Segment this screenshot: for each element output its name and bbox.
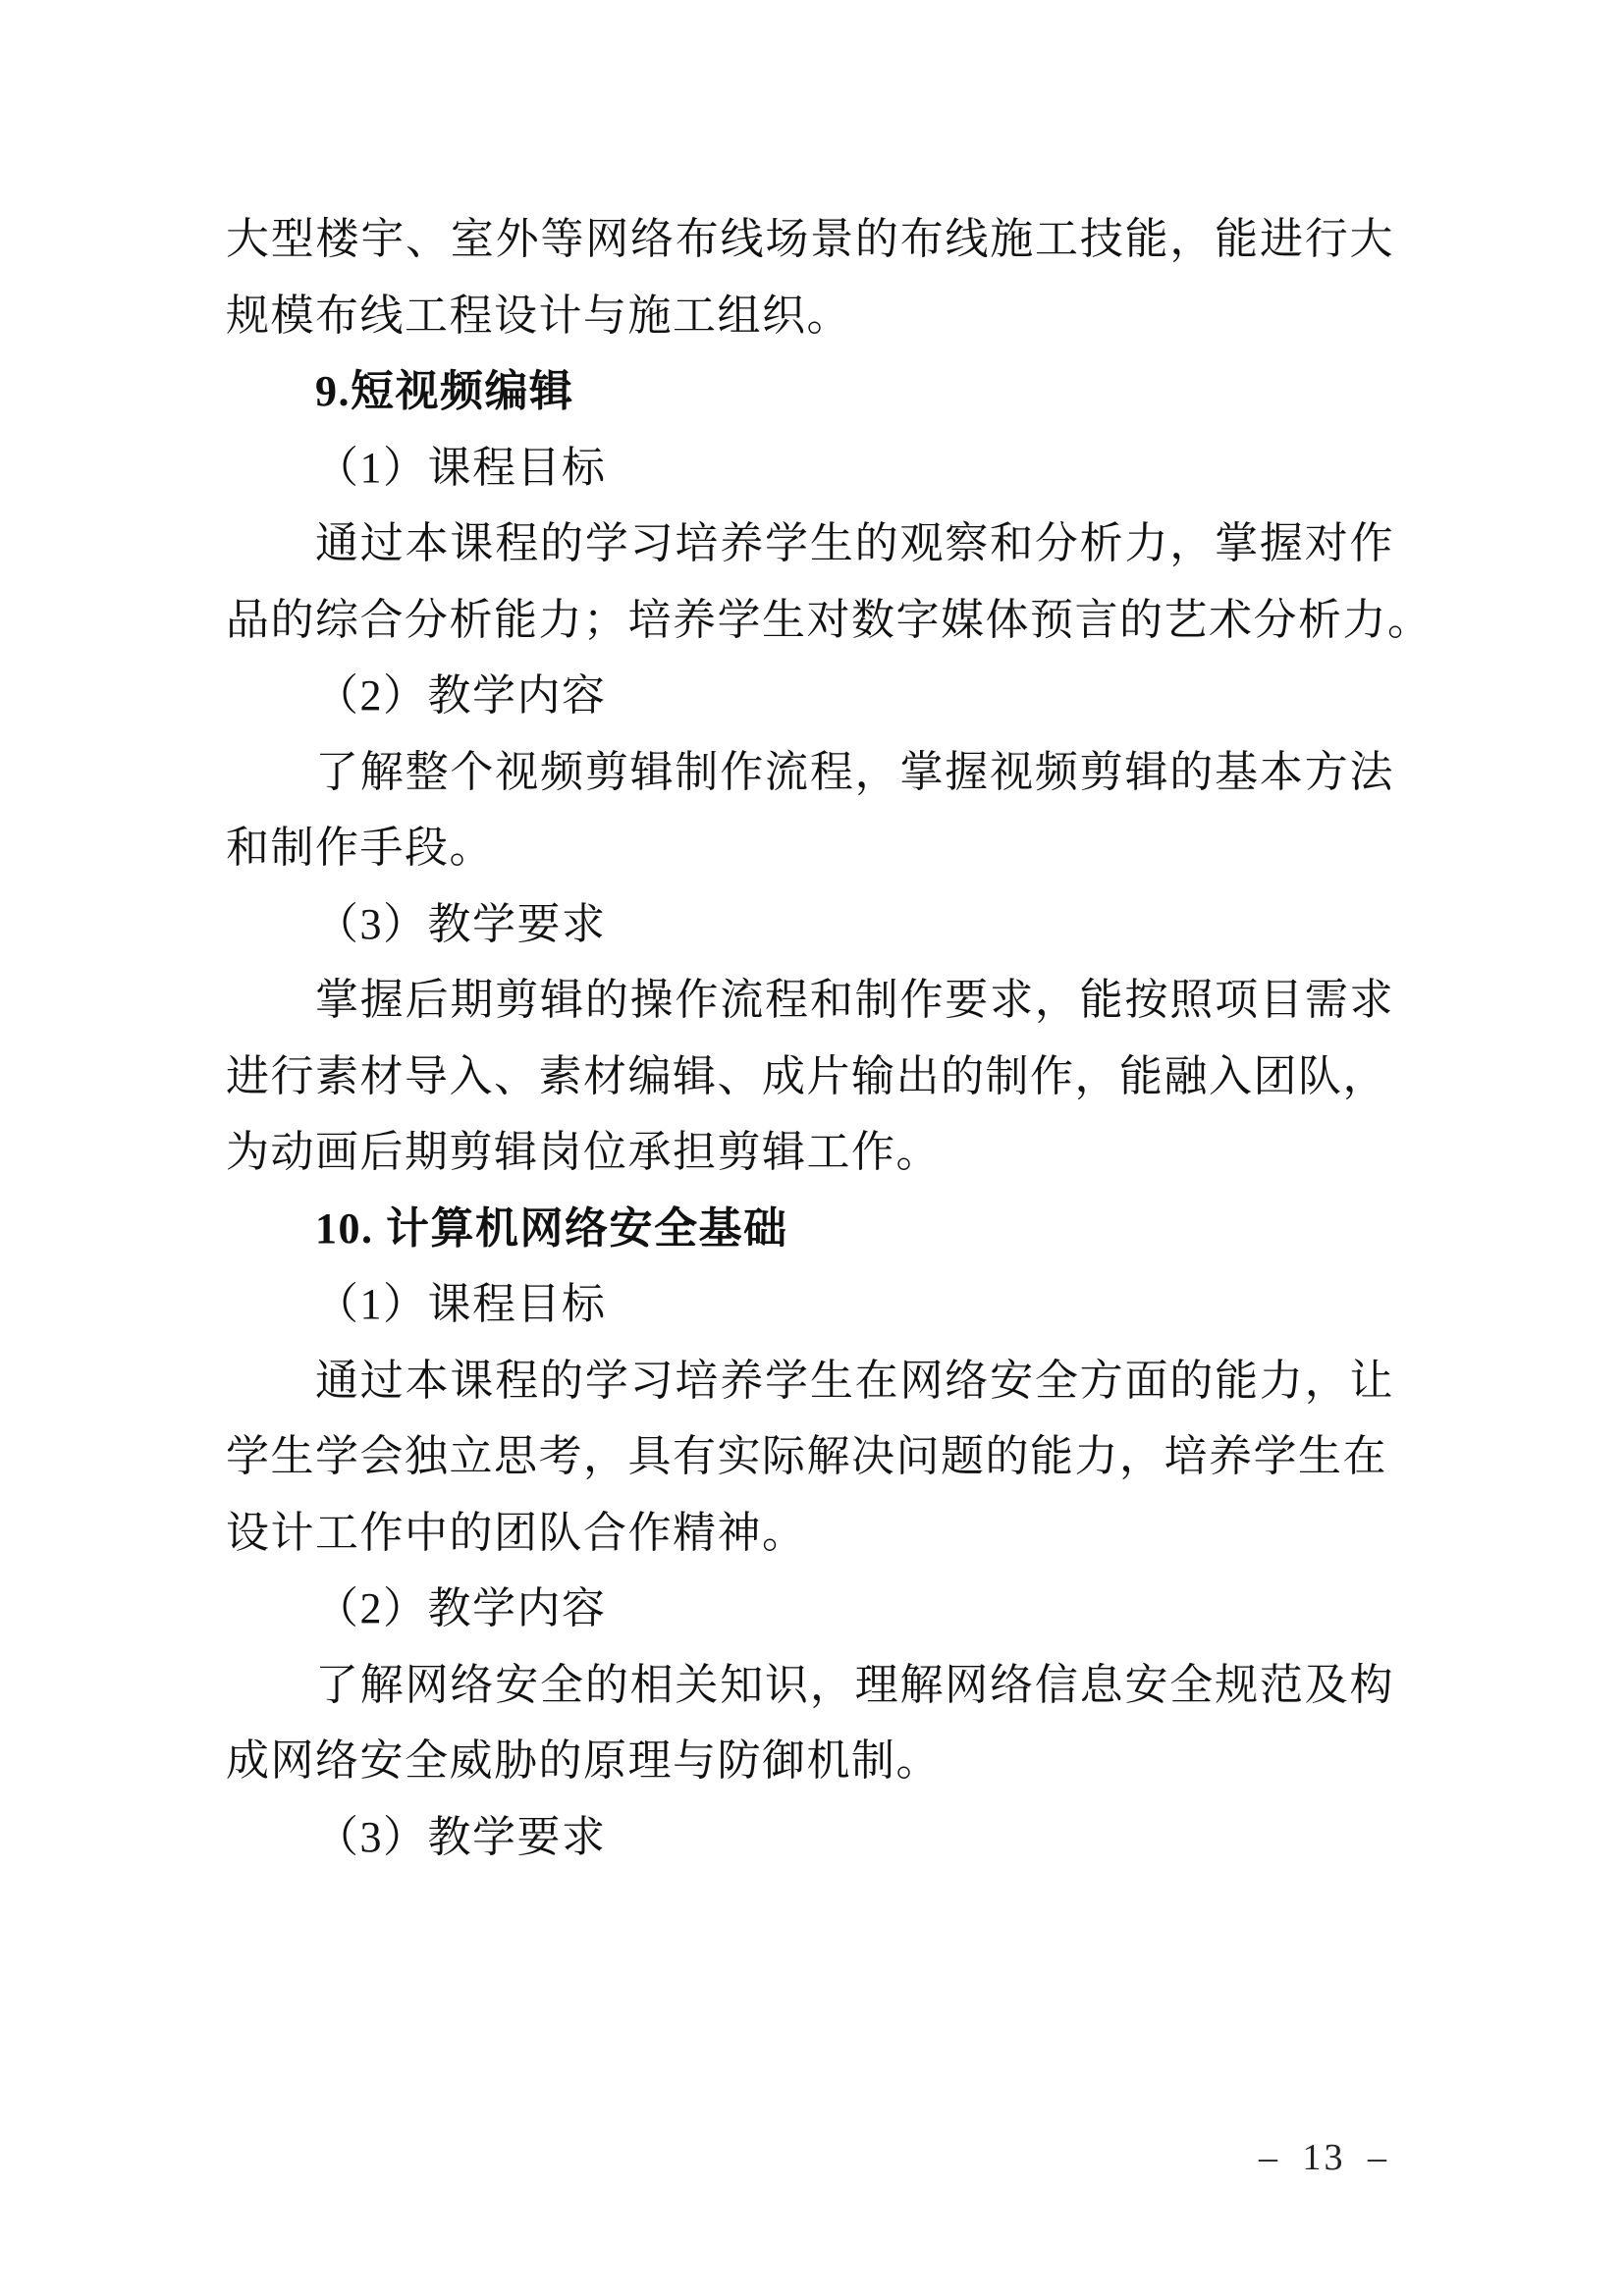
text-line: 了解网络安全的相关知识，理解网络信息安全规范及构 bbox=[226, 1647, 1394, 1724]
text-line: 通过本课程的学习培养学生的观察和分析力，掌握对作 bbox=[226, 506, 1394, 582]
text-line: 进行素材导入、素材编辑、成片输出的制作，能融入团队， bbox=[226, 1039, 1394, 1115]
text-line: （3）教学要求 bbox=[226, 886, 1394, 963]
section-heading: 9.短视频编辑 bbox=[226, 353, 1394, 430]
text-line: 品的综合分析能力；培养学生对数字媒体预言的艺术分析力。 bbox=[226, 582, 1394, 659]
text-line: 学生学会独立思考，具有实际解决问题的能力，培养学生在 bbox=[226, 1418, 1394, 1495]
text-line: 成网络安全威胁的原理与防御机制。 bbox=[226, 1723, 1394, 1799]
document-page: 大型楼宇、室外等网络布线场景的布线施工技能，能进行大 规模布线工程设计与施工组织… bbox=[0, 0, 1624, 2296]
text-line: 通过本课程的学习培养学生在网络安全方面的能力，让 bbox=[226, 1343, 1394, 1419]
text-line: 规模布线工程设计与施工组织。 bbox=[226, 278, 1394, 354]
text-line: 设计工作中的团队合作精神。 bbox=[226, 1495, 1394, 1572]
text-line: 为动画后期剪辑岗位承担剪辑工作。 bbox=[226, 1114, 1394, 1191]
text-line: （3）教学要求 bbox=[226, 1799, 1394, 1876]
text-line: 掌握后期剪辑的操作流程和制作要求，能按照项目需求 bbox=[226, 962, 1394, 1039]
text-line: （2）教学内容 bbox=[226, 1571, 1394, 1647]
page-number: – 13 – bbox=[1259, 2136, 1389, 2179]
text-line: 和制作手段。 bbox=[226, 810, 1394, 886]
body-text-block: 大型楼宇、室外等网络布线场景的布线施工技能，能进行大 规模布线工程设计与施工组织… bbox=[226, 201, 1394, 1875]
section-heading: 10. 计算机网络安全基础 bbox=[226, 1191, 1394, 1267]
text-line: （1）课程目标 bbox=[226, 430, 1394, 507]
text-line: 了解整个视频剪辑制作流程，掌握视频剪辑的基本方法 bbox=[226, 734, 1394, 811]
text-line: （1）课程目标 bbox=[226, 1266, 1394, 1343]
text-line: （2）教学内容 bbox=[226, 658, 1394, 734]
text-line: 大型楼宇、室外等网络布线场景的布线施工技能，能进行大 bbox=[226, 201, 1394, 278]
